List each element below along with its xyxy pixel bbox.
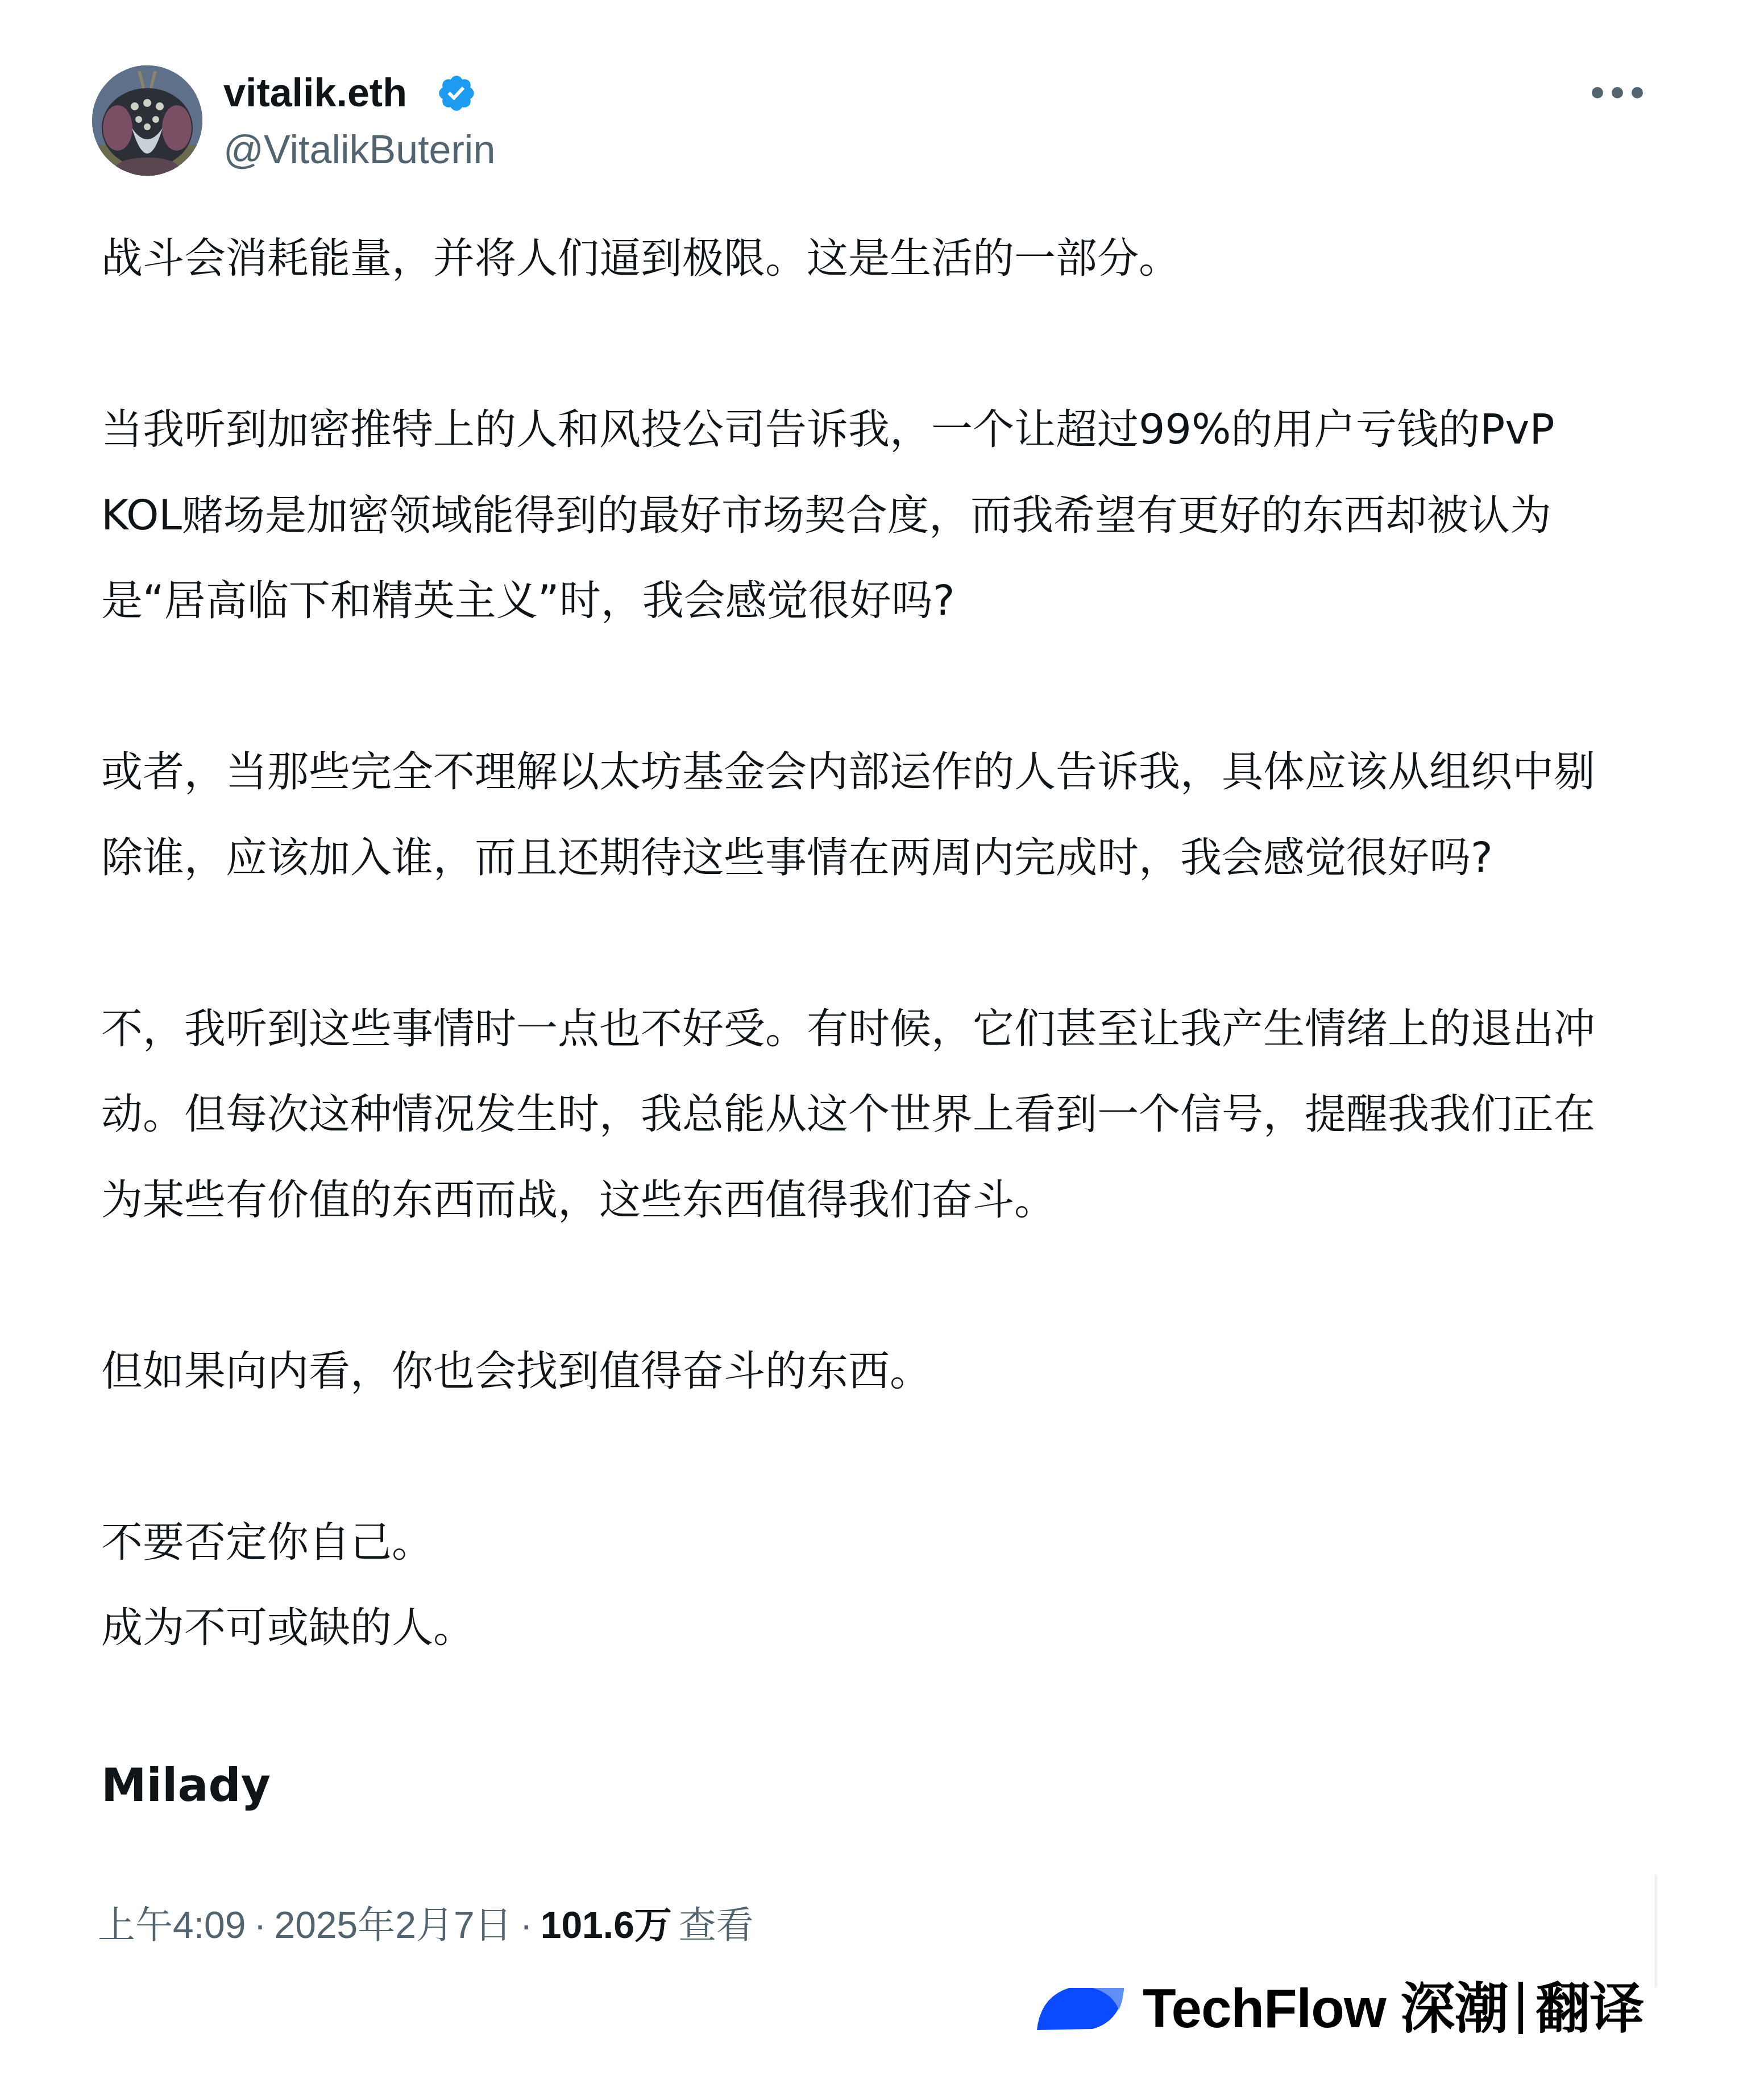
views-label: 查看: [679, 1904, 754, 1946]
text-line: [101, 912, 1647, 998]
text-line: [101, 656, 1647, 742]
tweet-time[interactable]: 上午4:09: [98, 1904, 246, 1946]
text-line: 但如果向内看，你也会找到值得奋斗的东西。: [101, 1340, 1647, 1426]
more-options-icon: [1592, 87, 1603, 98]
watermark-brand: TechFlow 深潮: [1143, 1978, 1508, 2039]
separator: ·: [520, 1904, 533, 1946]
techflow-logo-icon: [1036, 1987, 1127, 2032]
tweet-text: 战斗会消耗能量，并将人们逼到极限。这是生活的一部分。 当我听到加密推特上的人和风…: [101, 227, 1647, 1683]
divider: [1655, 1875, 1657, 1987]
more-options-button[interactable]: [1592, 83, 1643, 102]
avatar[interactable]: [92, 65, 202, 176]
text-line: 动。但每次这种情况发生时，我总能从这个世界上看到一个信号，提醒我我们正在: [101, 1083, 1647, 1169]
text-line: [101, 313, 1647, 399]
watermark-suffix: 翻译: [1536, 1978, 1644, 2039]
techflow-watermark: TechFlow 深潮翻译: [1143, 1978, 1644, 2040]
separator: ·: [254, 1904, 266, 1946]
text-line: 是“居高临下和精英主义”时，我会感觉很好吗?: [101, 570, 1647, 656]
verified-badge-icon: [436, 73, 477, 114]
text-line: [101, 1426, 1647, 1511]
text-line: 除谁，应该加入谁，而且还期待这些事情在两周内完成时，我会感觉很好吗?: [101, 827, 1647, 913]
handle[interactable]: @VitalikButerin: [223, 124, 495, 175]
signature: Milady: [101, 1757, 271, 1814]
views-count: 101.6万: [541, 1904, 672, 1946]
text-line: 成为不可或缺的人。: [101, 1597, 1647, 1683]
avatar-image: [92, 65, 202, 176]
text-line: [101, 1254, 1647, 1340]
text-line: KOL赌场是加密领域能得到的最好市场契合度，而我希望有更好的东西却被认为: [101, 484, 1647, 570]
text-line: 或者，当那些完全不理解以太坊基金会内部运作的人告诉我，具体应该从组织中剔: [101, 741, 1647, 827]
watermark-divider: [1518, 1982, 1523, 2034]
text-line: 当我听到加密推特上的人和风投公司告诉我，一个让超过99%的用户亏钱的PvP: [101, 399, 1647, 484]
more-options-icon: [1632, 87, 1643, 98]
tweet-meta: 上午4:09·2025年2月7日·101.6万查看: [98, 1896, 754, 1953]
text-line: 不，我听到这些事情时一点也不好受。有时候，它们甚至让我产生情绪上的退出冲: [101, 998, 1647, 1084]
tweet-date[interactable]: 2025年2月7日: [274, 1904, 512, 1946]
display-name[interactable]: vitalik.eth: [223, 67, 407, 118]
text-line: 战斗会消耗能量，并将人们逼到极限。这是生活的一部分。: [101, 227, 1647, 313]
text-line: 为某些有价值的东西而战，这些东西值得我们奋斗。: [101, 1169, 1647, 1255]
text-line: 不要否定你自己。: [101, 1511, 1647, 1597]
more-options-icon: [1612, 87, 1623, 98]
